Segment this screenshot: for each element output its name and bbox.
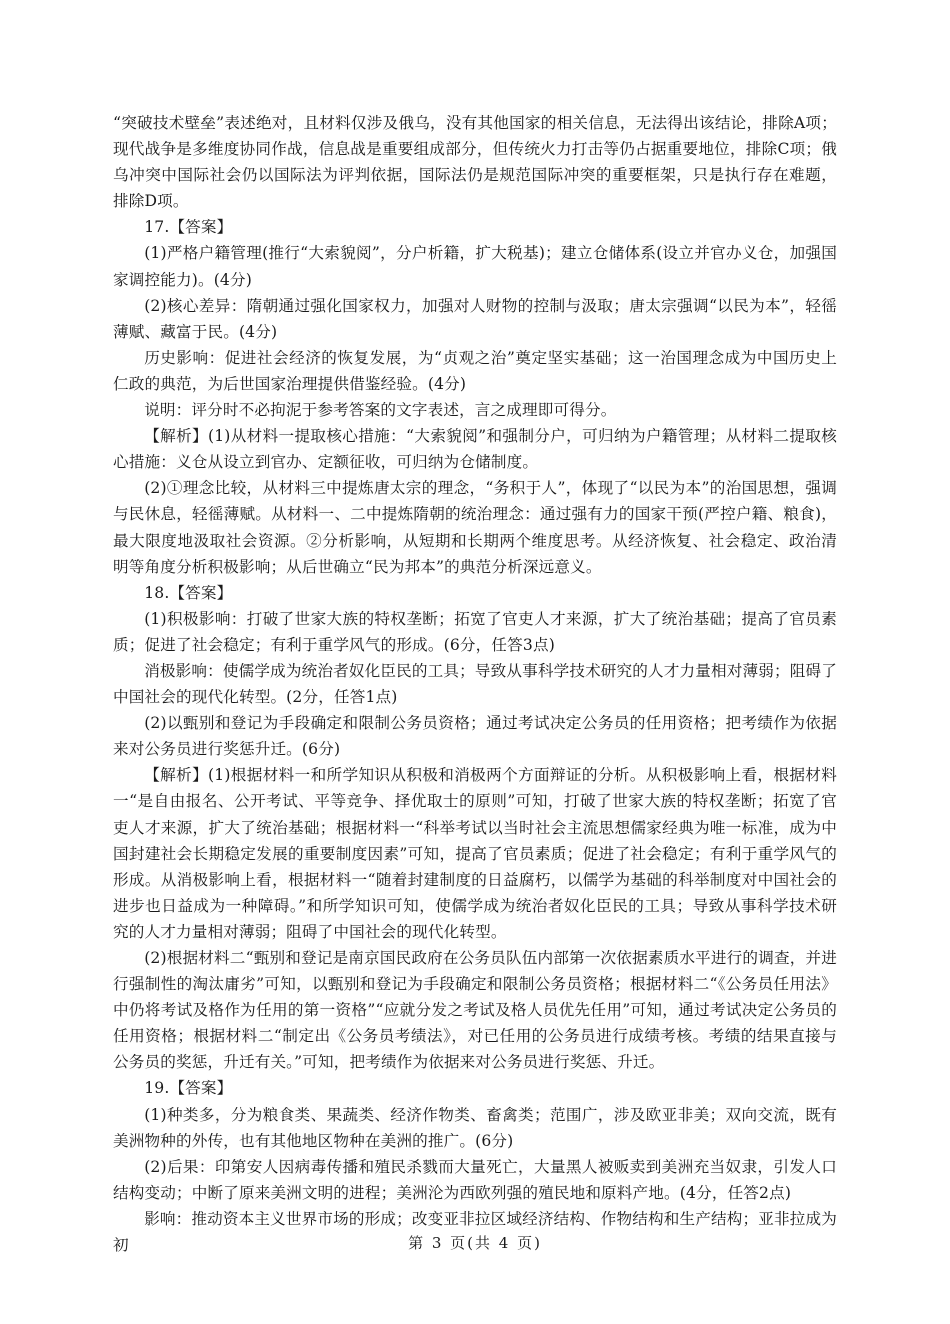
page-number-footer: 第 3 页(共 4 页) xyxy=(0,1232,950,1253)
answer-18-negative: 消极影响：使儒学成为统治者奴化臣民的工具；导致从事科学技术研究的人才力量相对薄弱… xyxy=(113,658,837,710)
answer-18-part-2: (2)以甄别和登记为手段确定和限制公务员资格；通过考试决定公务员的任用资格；把考… xyxy=(113,710,837,762)
answer-17-part-2: (2)核心差异：隋朝通过强化国家权力，加强对人财物的控制与汲取；唐太宗强调“以民… xyxy=(113,293,837,345)
analysis-17-part-2: (2)①理念比较，从材料三中提炼唐太宗的理念，“务积于人”，体现了“以民为本”的… xyxy=(113,475,837,579)
paragraph-continuation: “突破技术壁垒”表述绝对，且材料仅涉及俄乌，没有其他国家的相关信息，无法得出该结… xyxy=(113,110,837,214)
answer-18-positive: (1)积极影响：打破了世家大族的特权垄断；拓宽了官吏人才来源，扩大了统治基础；提… xyxy=(113,606,837,658)
answer-heading-17: 17.【答案】 xyxy=(113,214,837,240)
answer-19-part-1: (1)种类多，分为粮食类、果蔬类、经济作物类、畜禽类；范围广，涉及欧亚非美；双向… xyxy=(113,1102,837,1154)
answer-17-part-1: (1)严格户籍管理(推行“大索貌阅”，分户析籍，扩大税基)；建立仓储体系(设立并… xyxy=(113,240,837,292)
answer-19-part-2: (2)后果：印第安人因病毒传播和殖民杀戮而大量死亡，大量黑人被贩卖到美洲充当奴隶… xyxy=(113,1154,837,1206)
answer-heading-18: 18.【答案】 xyxy=(113,580,837,606)
document-body: “突破技术壁垒”表述绝对，且材料仅涉及俄乌，没有其他国家的相关信息，无法得出该结… xyxy=(113,110,837,1258)
analysis-18-part-2: (2)根据材料二“甄别和登记是南京国民政府在公务员队伍内部第一次依据素质水平进行… xyxy=(113,945,837,1075)
answer-heading-19: 19.【答案】 xyxy=(113,1075,837,1101)
answer-17-historical-impact: 历史影响：促进社会经济的恢复发展，为“贞观之治”奠定坚实基础；这一治国理念成为中… xyxy=(113,345,837,397)
answer-17-note: 说明：评分时不必拘泥于参考答案的文字表述，言之成理即可得分。 xyxy=(113,397,837,423)
analysis-18-part-1: 【解析】(1)根据材料一和所学知识从积极和消极两个方面辩证的分析。从积极影响上看… xyxy=(113,762,837,945)
analysis-17-part-1: 【解析】(1)从材料一提取核心措施：“大索貌阅”和强制分户，可归纳为户籍管理；从… xyxy=(113,423,837,475)
